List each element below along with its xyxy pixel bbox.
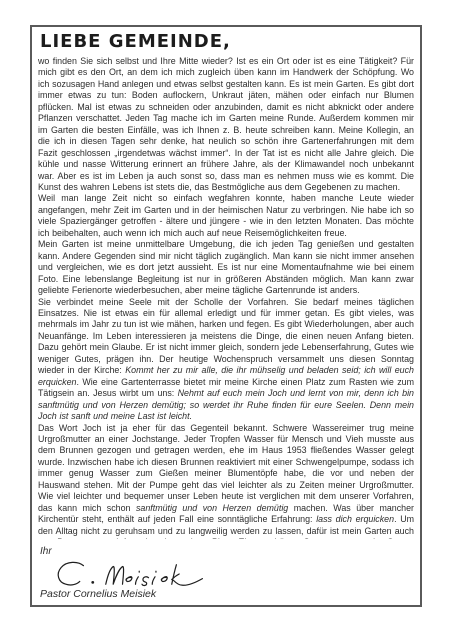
signature-name: Pastor Cornelius Meisiek — [40, 588, 414, 601]
letter-frame: LIEBE GEMEINDE, wo finden Sie sich selbs… — [30, 25, 422, 607]
paragraph: Sie verbindet meine Seele mit der Scholl… — [38, 297, 414, 423]
paragraph: Weil man lange Zeit nicht so einfach weg… — [38, 193, 414, 239]
closing-salutation: Ihr — [40, 546, 414, 558]
signature-image — [50, 560, 208, 588]
paragraph: wo finden Sie sich selbst und Ihre Mitte… — [38, 56, 414, 193]
paragraph: Mein Garten ist meine unmittelbare Umgeb… — [38, 239, 414, 296]
paragraph: Das Wort Joch ist ja eher für das Gegent… — [38, 423, 414, 540]
letter-title: LIEBE GEMEINDE, — [40, 31, 414, 52]
signature — [50, 560, 414, 588]
letter-body: wo finden Sie sich selbst und Ihre Mitte… — [38, 56, 414, 539]
